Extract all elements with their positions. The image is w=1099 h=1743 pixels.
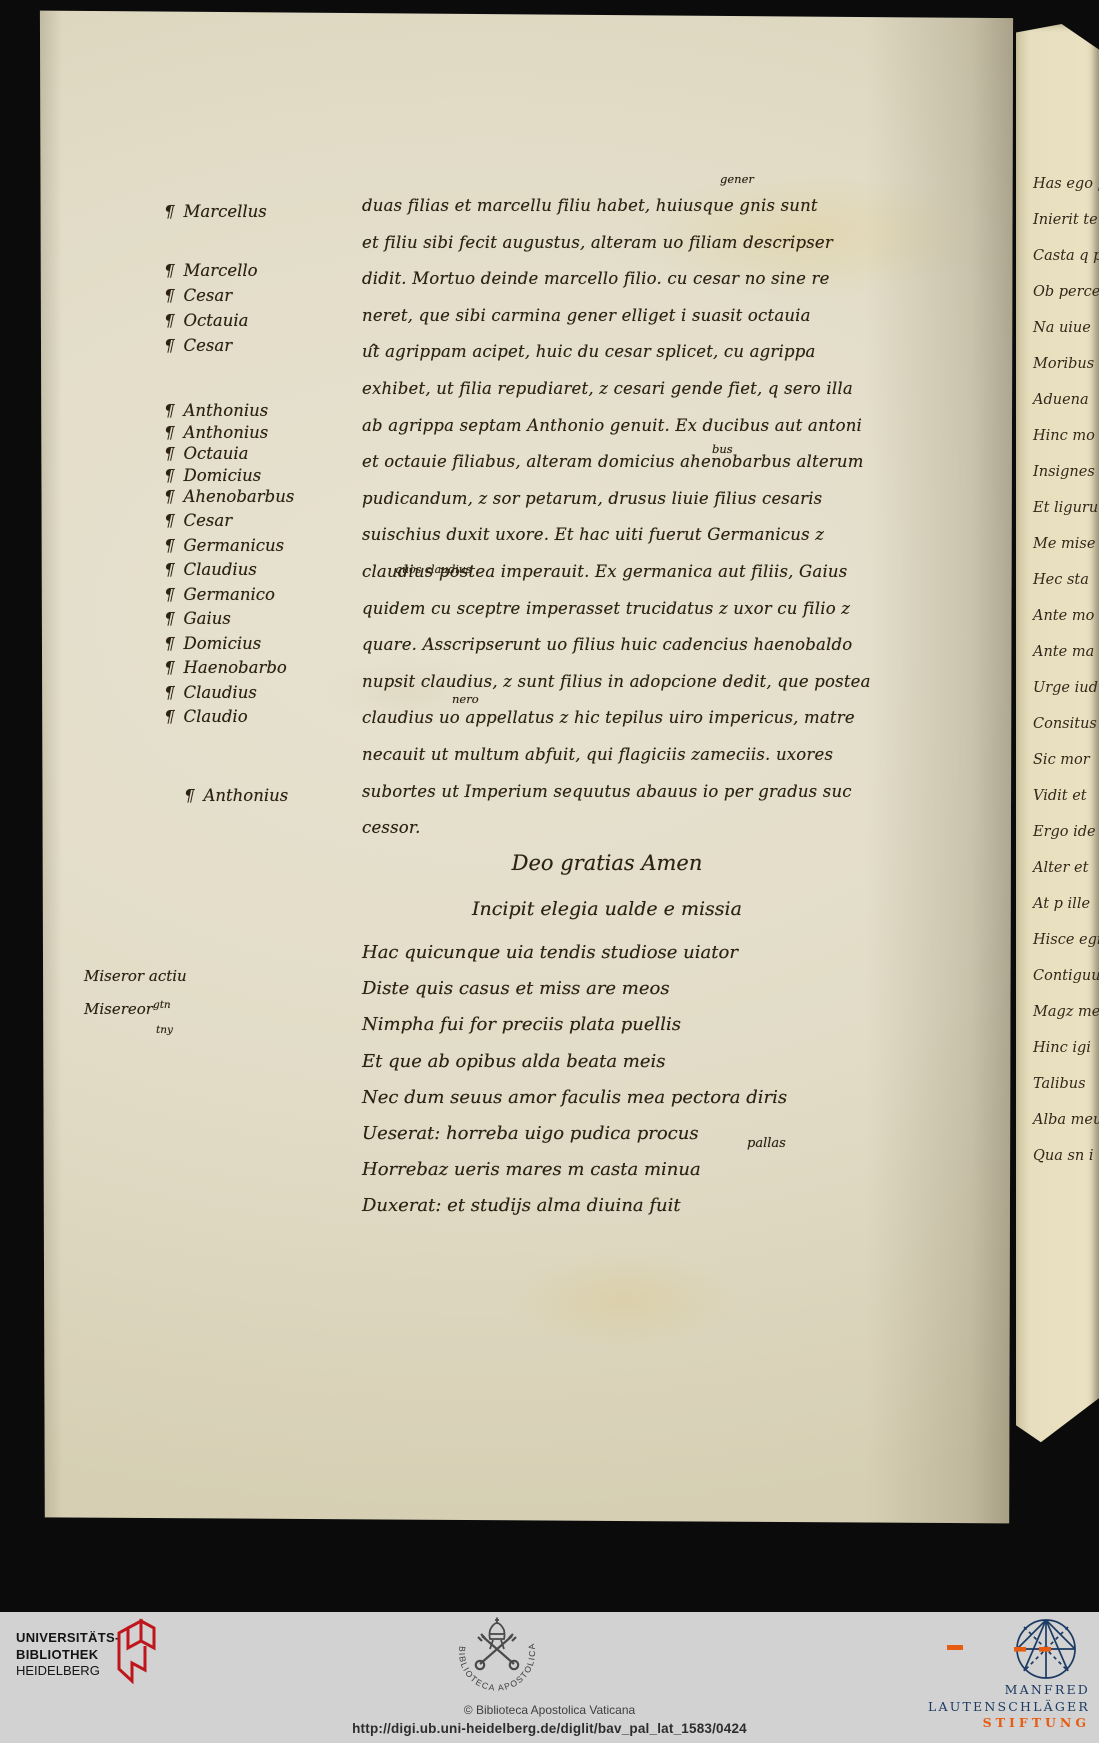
prose-line: cessor. (362, 818, 871, 855)
prose-line: nupsit claudius, z sunt filius in adopci… (362, 672, 871, 709)
partial-text-line: Hinc igi (1033, 1040, 1099, 1076)
partial-text-line: Has ego p (1033, 176, 1099, 212)
margin-name-row: ¶Cesar (164, 509, 287, 534)
margin-name-row: ¶Cesar (164, 333, 258, 358)
partial-text-line: Hisce egi (1033, 932, 1099, 968)
paraph-mark-icon: ¶ (162, 486, 177, 508)
partial-text-line: Ante mo (1033, 608, 1099, 644)
prose-line: et octauie filiabus, alteram domicius ah… (362, 452, 871, 489)
partial-text-line: Hec sta (1033, 572, 1099, 608)
interlinear-gloss: quos claudius (395, 563, 472, 576)
manuscript-page: ¶Marcellus ¶Marcello¶Cesar¶Octauia¶Cesar… (36, 6, 1016, 1528)
margin-name: Germanico (184, 585, 275, 604)
interlinear-gloss: nero (452, 692, 479, 706)
prose-line: et filiu sibi fecit augustus, alteram uo… (362, 233, 871, 270)
paraph-mark-icon: ¶ (161, 632, 177, 657)
partial-text-line: Me mise (1033, 536, 1099, 572)
partial-text-line: Casta q p (1033, 248, 1099, 284)
margin-name-row: ¶Claudius (164, 681, 287, 706)
margin-name: Domicius (184, 466, 262, 485)
partial-text-line: Ergo ide (1033, 824, 1099, 860)
margin-name: Claudius (184, 560, 257, 579)
margin-names-group-1: ¶Marcellus (164, 202, 267, 221)
ub-line1: UNIVERSITÄTS- (16, 1630, 120, 1647)
paraph-mark-icon: ¶ (161, 583, 177, 608)
prose-line: quare. Asscripserunt uo filius huic cade… (362, 635, 871, 672)
margin-name-row: ¶Marcellus (164, 202, 267, 221)
interlinear-gloss: gener (720, 172, 754, 186)
paraph-mark-icon: ¶ (161, 509, 177, 534)
poem-block: Hac quicunque uia tendis studiose uiator… (362, 942, 787, 1232)
margin-name: Anthonius (184, 401, 269, 420)
mls-line1: MANFRED (928, 1682, 1090, 1699)
partial-text-line: Sic mor (1033, 752, 1099, 788)
paraph-mark-icon: ¶ (162, 422, 177, 444)
margin-name-row: ¶Domicius (164, 465, 294, 487)
gloss-subscript: tny (156, 1016, 187, 1045)
poem-line: Horrebaz ueris mares m casta minua (362, 1159, 787, 1195)
partial-text-line: Urge iud (1033, 680, 1099, 716)
ub-line3: HEIDELBERG (16, 1663, 120, 1680)
margin-name: Anthonius (204, 786, 289, 805)
partial-text-line: Ob perce (1033, 284, 1099, 320)
colophon-heading: Deo gratias Amen (362, 851, 852, 875)
margin-name-row: ¶Haenobarbo (164, 656, 287, 681)
margin-name-row: ¶Octauia (164, 443, 294, 465)
margin-name-row: ¶Germanico (164, 583, 287, 608)
partial-text-line: Alter et (1033, 860, 1099, 896)
margin-name-row: ¶Claudio (164, 705, 287, 730)
partial-text-line: Talibus (1033, 1076, 1099, 1112)
poem-line: Nimpha fui for preciis plata puellis (362, 1014, 787, 1050)
poem-line: Hac quicunque uia tendis studiose uiator (362, 942, 787, 978)
paraph-mark-icon: ¶ (161, 558, 177, 583)
partial-text-line: Aduena (1033, 392, 1099, 428)
margin-name-row: ¶Domicius (164, 632, 287, 657)
paraph-mark-icon: ¶ (182, 786, 197, 805)
margin-name: Marcellus (184, 202, 267, 221)
margin-name-row: ¶Ahenobarbus (164, 486, 294, 508)
margin-name: Haenobarbo (184, 658, 287, 677)
paraph-mark-icon: ¶ (162, 400, 177, 422)
margin-name: Claudius (184, 683, 257, 702)
margin-name: Domicius (184, 634, 262, 653)
margin-name-row: ¶Marcello (164, 258, 258, 283)
prose-line: subortes ut Imperium sequutus abauus io … (362, 782, 871, 819)
margin-names-group-4: ¶Cesar¶Germanicus¶Claudius¶Germanico¶Gai… (164, 509, 287, 730)
footer-bar: UNIVERSITÄTS- BIBLIOTHEK HEIDELBERG BIBL… (0, 1612, 1099, 1743)
prose-line: claudius uo appellatus z hic tepilus uir… (362, 708, 871, 745)
paraph-mark-icon: ¶ (162, 465, 177, 487)
margin-names-group-2: ¶Marcello¶Cesar¶Octauia¶Cesar (164, 258, 258, 358)
prose-line: duas filias et marcellu filiu habet, hui… (362, 196, 871, 233)
poem-line: Diste quis casus et miss are meos (362, 978, 787, 1014)
margin-name-row: ¶Cesar (164, 283, 258, 308)
paraph-mark-icon: ¶ (161, 607, 177, 632)
margin-name: Gaius (184, 609, 231, 628)
margin-gloss-line: Misereorgtntny (84, 991, 187, 1045)
page-left-shadow (36, 6, 62, 1528)
margin-gloss: Miseror actiu Misereorgtntny (84, 962, 187, 1045)
prose-line: neret, que sibi carmina gener elliget i … (362, 306, 871, 343)
prose-line: suischius duxit uxore. Et hac uiti fueru… (362, 525, 871, 562)
papal-tiara-icon (490, 1618, 505, 1650)
paraph-mark-icon: ¶ (161, 534, 177, 559)
margin-name: Claudio (184, 707, 248, 726)
paraph-mark-icon: ¶ (162, 202, 177, 221)
margin-name-row: ¶Octauia (164, 308, 258, 333)
partial-text-line: Et liguru (1033, 500, 1099, 536)
prose-line: didit. Mortuo deinde marcello filio. cu … (362, 269, 871, 306)
margin-name: Anthonius (184, 423, 269, 442)
paraph-mark-icon: ¶ (161, 681, 177, 706)
partial-text-line: Magz me (1033, 1004, 1099, 1040)
partial-text-line: Vidit et (1033, 788, 1099, 824)
margin-name: Cesar (184, 336, 233, 355)
incipit-heading: Incipit elegia ualde e missia (362, 898, 852, 920)
margin-name-row: ¶Claudius (164, 558, 287, 583)
mls-globe-icon (1006, 1613, 1082, 1685)
mls-line3: STIFTUNG (928, 1715, 1090, 1732)
partial-text-line: Alba meu (1033, 1112, 1099, 1148)
partial-text-line: At p ille (1033, 896, 1099, 932)
vatican-library-emblem: BIBLIOTECA APOSTOLICA VATICANA (449, 1612, 545, 1704)
paraph-mark-icon: ¶ (161, 333, 177, 358)
margin-name: Marcello (184, 261, 258, 280)
prose-block: duas filias et marcellu filiu habet, hui… (362, 196, 871, 855)
margin-name: Cesar (184, 511, 233, 530)
paraph-mark-icon: ¶ (161, 705, 177, 730)
prose-line: ut agrippam acipet, huic du cesar splice… (362, 342, 871, 379)
ub-line2: BIBLIOTHEK (16, 1647, 120, 1664)
partial-text-line: Qua sn i (1033, 1148, 1099, 1184)
paraph-mark-icon: ¶ (161, 656, 177, 681)
partial-text-line: Insignes (1033, 464, 1099, 500)
ub-heidelberg-wordmark: UNIVERSITÄTS- BIBLIOTHEK HEIDELBERG (16, 1630, 120, 1680)
partial-text-line: Inierit te (1033, 212, 1099, 248)
mls-wordmark: MANFRED LAUTENSCHLÄGER STIFTUNG (928, 1682, 1090, 1732)
poem-line: Et que ab opibus alda beata meis (362, 1051, 787, 1087)
paraph-mark-icon: ¶ (162, 443, 177, 465)
margin-name: Octauia (184, 444, 249, 463)
margin-name: Octauia (184, 311, 249, 330)
insertion-caret: ^ (368, 342, 380, 358)
margin-name-row: ¶Anthonius (164, 400, 294, 422)
next-folio-edge: Has ego pInierit teCasta q pOb perceNa u… (1016, 24, 1099, 1448)
ub-heidelberg-book-icon (110, 1618, 158, 1684)
gloss-superscript: gtn (153, 999, 171, 1011)
margin-name: Germanicus (184, 536, 285, 555)
margin-name-row: ¶Anthonius (164, 422, 294, 444)
mls-line2: LAUTENSCHLÄGER (928, 1699, 1090, 1716)
partial-text-line: Hinc mo (1033, 428, 1099, 464)
poem-line: Nec dum seuus amor faculis mea pectora d… (362, 1087, 787, 1123)
margin-gloss-line: Miseror actiu (84, 962, 187, 991)
interlinear-gloss: bus (712, 442, 733, 456)
partial-text-line: Moribus (1033, 356, 1099, 392)
prose-line: necauit ut multum abfuit, qui flagiciis … (362, 745, 871, 782)
paraph-mark-icon: ¶ (161, 283, 177, 308)
margin-name: Cesar (184, 286, 233, 305)
poem-line: Ueserat: horreba uigo pudica procus (362, 1123, 787, 1159)
prose-line: exhibet, ut filia repudiaret, z cesari g… (362, 379, 871, 416)
margin-name-row: ¶Anthonius (184, 786, 288, 805)
margin-names-group-3: ¶Anthonius¶Anthonius¶Octauia¶Domicius¶Ah… (164, 400, 294, 508)
margin-names-group-5: ¶Anthonius (184, 786, 288, 805)
next-folio-partial-text: Has ego pInierit teCasta q pOb perceNa u… (1033, 176, 1099, 1184)
margin-name: Ahenobarbus (184, 487, 295, 506)
margin-name-row: ¶Germanicus (164, 534, 287, 559)
prose-line: pudicandum, z sor petarum, drusus liuie … (362, 489, 871, 526)
paraph-mark-icon: ¶ (161, 308, 177, 333)
prose-line: ab agrippa septam Anthonio genuit. Ex du… (362, 416, 871, 453)
poem-line: Duxerat: et studijs alma diuina fuit (362, 1195, 787, 1231)
partial-text-line: Consitus (1033, 716, 1099, 752)
prose-line: quidem cu sceptre imperasset trucidatus … (362, 599, 871, 636)
mls-dash-icon (947, 1645, 963, 1650)
paraph-mark-icon: ¶ (161, 258, 177, 283)
scanned-manuscript-view: ¶Marcellus ¶Marcello¶Cesar¶Octauia¶Cesar… (0, 0, 1099, 1743)
partial-text-line: Na uiue (1033, 320, 1099, 356)
margin-name-row: ¶Gaius (164, 607, 287, 632)
partial-text-line: Ante ma (1033, 644, 1099, 680)
gutter-shadow (866, 6, 1016, 1528)
partial-text-line: Contiguu (1033, 968, 1099, 1004)
